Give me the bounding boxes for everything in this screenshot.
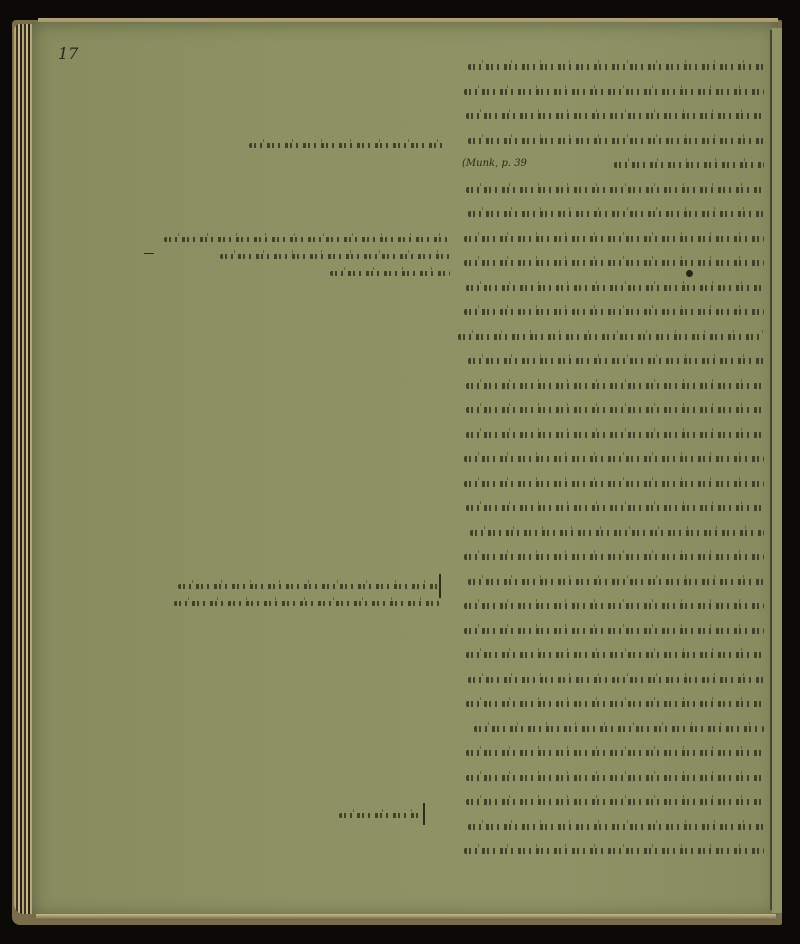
handwritten-line — [462, 398, 764, 423]
handwritten-line — [462, 839, 764, 864]
handwritten-line — [462, 129, 764, 154]
handwritten-line — [462, 692, 764, 717]
inline-reference-note: (Munk, p. 39 — [462, 158, 527, 169]
main-text-column — [462, 55, 764, 864]
handwritten-line — [170, 595, 440, 612]
handwritten-line — [462, 521, 764, 546]
handwritten-line — [462, 104, 764, 129]
handwritten-line — [462, 619, 764, 644]
handwritten-line — [462, 472, 764, 497]
handwritten-line — [462, 325, 764, 350]
handwritten-line — [462, 227, 764, 252]
handwritten-line — [462, 202, 764, 227]
handwritten-line — [335, 807, 421, 824]
handwritten-line — [462, 668, 764, 693]
margin-bracket — [423, 803, 425, 825]
handwritten-line — [462, 815, 764, 840]
margin-note-bottom — [335, 807, 421, 824]
handwritten-line — [462, 423, 764, 448]
handwritten-line — [462, 545, 764, 570]
handwritten-line — [462, 178, 764, 203]
handwritten-line — [160, 231, 450, 248]
page-bottom-edge — [36, 914, 776, 920]
handwritten-line — [245, 137, 445, 154]
handwritten-line — [462, 276, 764, 301]
handwritten-line — [462, 594, 764, 619]
handwritten-line — [462, 570, 764, 595]
handwritten-line — [462, 55, 764, 80]
handwritten-line — [160, 265, 450, 282]
handwritten-line — [462, 741, 764, 766]
handwritten-line — [462, 496, 764, 521]
handwritten-line — [160, 248, 450, 265]
handwritten-line — [170, 578, 440, 595]
page-number: 17 — [58, 44, 78, 63]
handwritten-line — [462, 643, 764, 668]
handwritten-line — [462, 447, 764, 472]
handwritten-line — [462, 251, 764, 276]
facing-page-strip — [772, 28, 782, 913]
handwritten-line — [462, 349, 764, 374]
margin-note-lower — [170, 578, 440, 612]
margin-note-middle — [160, 231, 450, 282]
handwritten-line — [462, 766, 764, 791]
handwritten-line — [462, 80, 764, 105]
handwritten-line — [462, 374, 764, 399]
margin-dash — [144, 253, 154, 254]
margin-note-upper — [245, 137, 445, 154]
handwritten-line — [462, 300, 764, 325]
handwritten-line — [462, 717, 764, 742]
handwritten-line — [462, 790, 764, 815]
ink-blot — [686, 270, 693, 277]
